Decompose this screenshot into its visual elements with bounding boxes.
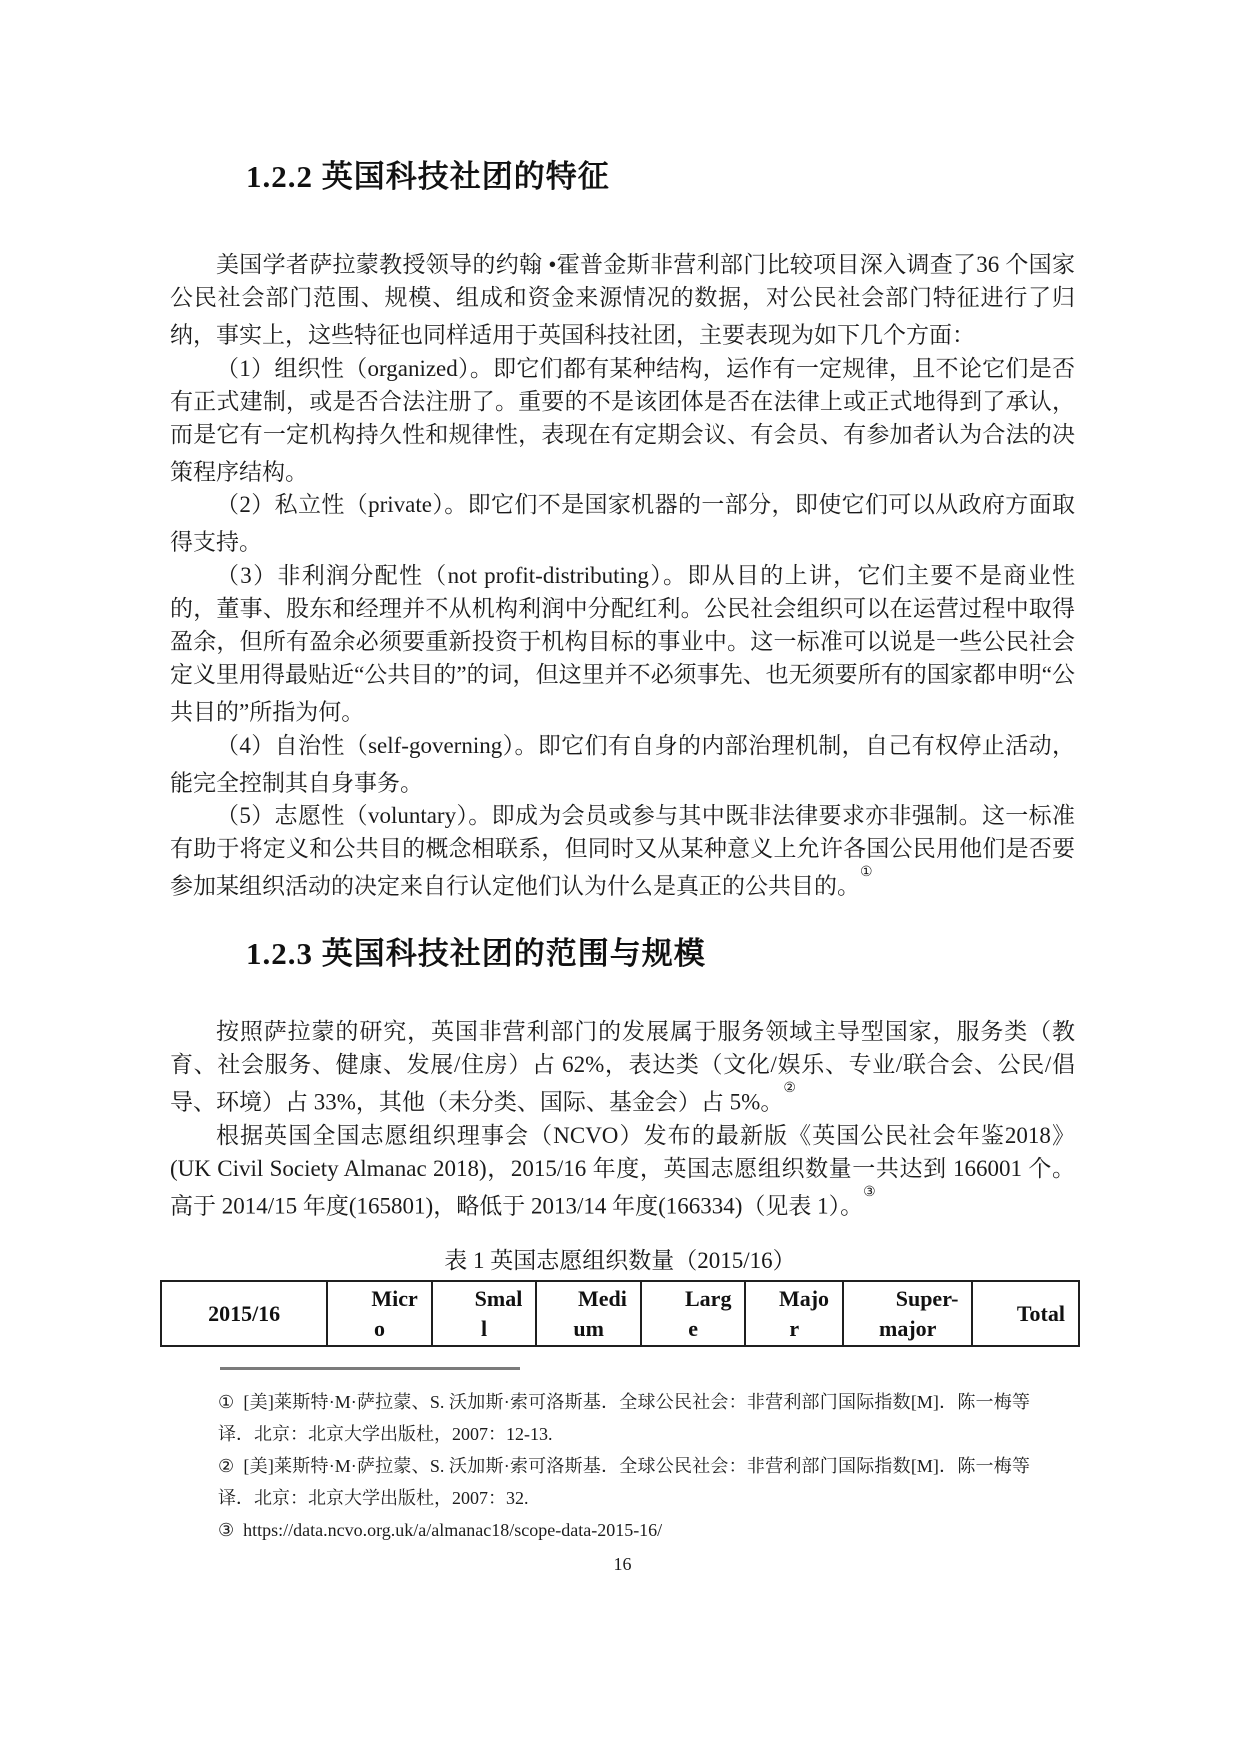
header-cell-text: Medi xyxy=(537,1287,640,1311)
footnote-text: [美]莱斯特·M·萨拉蒙、S. 沃加斯·索可洛斯基．全球公民社会：非营利部门国际… xyxy=(218,1392,1030,1444)
paragraph-text: 美国学者萨拉蒙教授领导的约翰 •霍普金斯非营利部门比较项目深入调查了36 个国家… xyxy=(170,252,1075,348)
paragraph: 根据英国全国志愿组织理事会（NCVO）发布的最新版《英国公民社会年鉴2018》(… xyxy=(170,1119,1075,1223)
footnote-1: ①[美]莱斯特·M·萨拉蒙、S. 沃加斯·索可洛斯基．全球公民社会：非营利部门国… xyxy=(218,1386,1030,1450)
header-cell-text: r xyxy=(746,1317,842,1341)
section-heading-1-2-2: 1.2.2 英国科技社团的特征 xyxy=(246,0,1075,196)
page-content: 1.2.2 英国科技社团的特征 美国学者萨拉蒙教授领导的约翰 •霍普金斯非营利部… xyxy=(170,0,1075,1575)
table-header-cell-year: 2015/16 xyxy=(162,1282,328,1345)
paragraph: （2）私立性（private）。即它们不是国家机器的一部分，即使它们可以从政府方… xyxy=(170,488,1075,559)
paragraph: （3）非利润分配性（not profit-distributing）。即从目的上… xyxy=(170,559,1075,729)
header-cell-text: 2015/16 xyxy=(162,1302,326,1326)
header-cell-text: e xyxy=(642,1317,745,1341)
header-cell-text: Micr xyxy=(328,1287,431,1311)
paragraph: （4）自治性（self-governing）。即它们有自身的内部治理机制，自己有… xyxy=(170,729,1075,800)
table-header-cell-large: Larg e xyxy=(642,1282,747,1345)
header-cell-text: l xyxy=(433,1317,536,1341)
table-caption: 表 1 英国志愿组织数量（2015/16） xyxy=(160,1246,1080,1276)
footnote-text: [美]莱斯特·M·萨拉蒙、S. 沃加斯·索可洛斯基．全球公民社会：非营利部门国际… xyxy=(218,1456,1030,1508)
paragraph-text: （5）志愿性（voluntary）。即成为会员或参与其中既非法律要求亦非强制。这… xyxy=(170,803,1075,899)
footnote-ref: ③ xyxy=(863,1185,876,1200)
table-header-cell-total: Total xyxy=(973,1282,1078,1345)
footnote-3: ③https://data.ncvo.org.uk/a/almanac18/sc… xyxy=(218,1514,1030,1546)
footnote-marker: ① xyxy=(218,1392,234,1412)
table-header-cell-micro: Micr o xyxy=(328,1282,433,1345)
table-header-cell-major: Majo r xyxy=(746,1282,844,1345)
paragraph: （5）志愿性（voluntary）。即成为会员或参与其中既非法律要求亦非强制。这… xyxy=(170,799,1075,903)
footnote-ref: ② xyxy=(783,1081,796,1096)
footnote-ref: ① xyxy=(860,865,873,880)
header-cell-text: Majo xyxy=(746,1287,842,1311)
section-1-2-2-body: 美国学者萨拉蒙教授领导的约翰 •霍普金斯非营利部门比较项目深入调查了36 个国家… xyxy=(170,248,1075,903)
page-number: 16 xyxy=(170,1554,1075,1575)
paragraph-text: （2）私立性（private）。即它们不是国家机器的一部分，即使它们可以从政府方… xyxy=(170,492,1075,555)
header-cell-text: o xyxy=(328,1317,431,1341)
footnote-url: https://data.ncvo.org.uk/a/almanac18/sco… xyxy=(243,1520,662,1540)
table-header-cell-small: Smal l xyxy=(433,1282,538,1345)
section-1-2-3-body: 按照萨拉蒙的研究，英国非营利部门的发展属于服务领域主导型国家，服务类（教育、社会… xyxy=(170,1015,1075,1222)
paragraph: （1）组织性（organized）。即它们都有某种结构，运作有一定规律，且不论它… xyxy=(170,352,1075,489)
header-cell-text: Smal xyxy=(433,1287,536,1311)
paragraph: 按照萨拉蒙的研究，英国非营利部门的发展属于服务领域主导型国家，服务类（教育、社会… xyxy=(170,1015,1075,1119)
footnote-marker: ③ xyxy=(218,1520,234,1540)
footnote-separator xyxy=(220,1367,520,1370)
header-cell-text: Larg xyxy=(642,1287,745,1311)
paragraph-text: （3）非利润分配性（not profit-distributing）。即从目的上… xyxy=(170,563,1075,725)
document-page: 1.2.2 英国科技社团的特征 美国学者萨拉蒙教授领导的约翰 •霍普金斯非营利部… xyxy=(0,0,1240,1753)
footnotes-area: ①[美]莱斯特·M·萨拉蒙、S. 沃加斯·索可洛斯基．全球公民社会：非营利部门国… xyxy=(170,1367,1075,1546)
header-cell-text: Super- xyxy=(844,1287,971,1311)
paragraph-text: （4）自治性（self-governing）。即它们有自身的内部治理机制，自己有… xyxy=(170,733,1075,796)
header-cell-text: um xyxy=(537,1317,640,1341)
paragraph-text: 按照萨拉蒙的研究，英国非营利部门的发展属于服务领域主导型国家，服务类（教育、社会… xyxy=(170,1019,1075,1115)
table-header-cell-super-major: Super- major xyxy=(844,1282,973,1345)
header-cell-text: major xyxy=(844,1317,971,1341)
paragraph-text: （1）组织性（organized）。即它们都有某种结构，运作有一定规律，且不论它… xyxy=(170,356,1075,485)
header-cell-text: Total xyxy=(973,1302,1078,1326)
paragraph-text: 根据英国全国志愿组织理事会（NCVO）发布的最新版《英国公民社会年鉴2018》(… xyxy=(170,1123,1075,1219)
footnote-2: ②[美]莱斯特·M·萨拉蒙、S. 沃加斯·索可洛斯基．全球公民社会：非营利部门国… xyxy=(218,1450,1030,1514)
table-header-cell-medium: Medi um xyxy=(537,1282,642,1345)
section-heading-1-2-3: 1.2.3 英国科技社团的范围与规模 xyxy=(246,935,1075,973)
table-1-header-row: 2015/16 Micr o Smal l Medi um Larg e Maj… xyxy=(160,1280,1080,1347)
paragraph: 美国学者萨拉蒙教授领导的约翰 •霍普金斯非营利部门比较项目深入调查了36 个国家… xyxy=(170,248,1075,352)
footnote-marker: ② xyxy=(218,1456,234,1476)
